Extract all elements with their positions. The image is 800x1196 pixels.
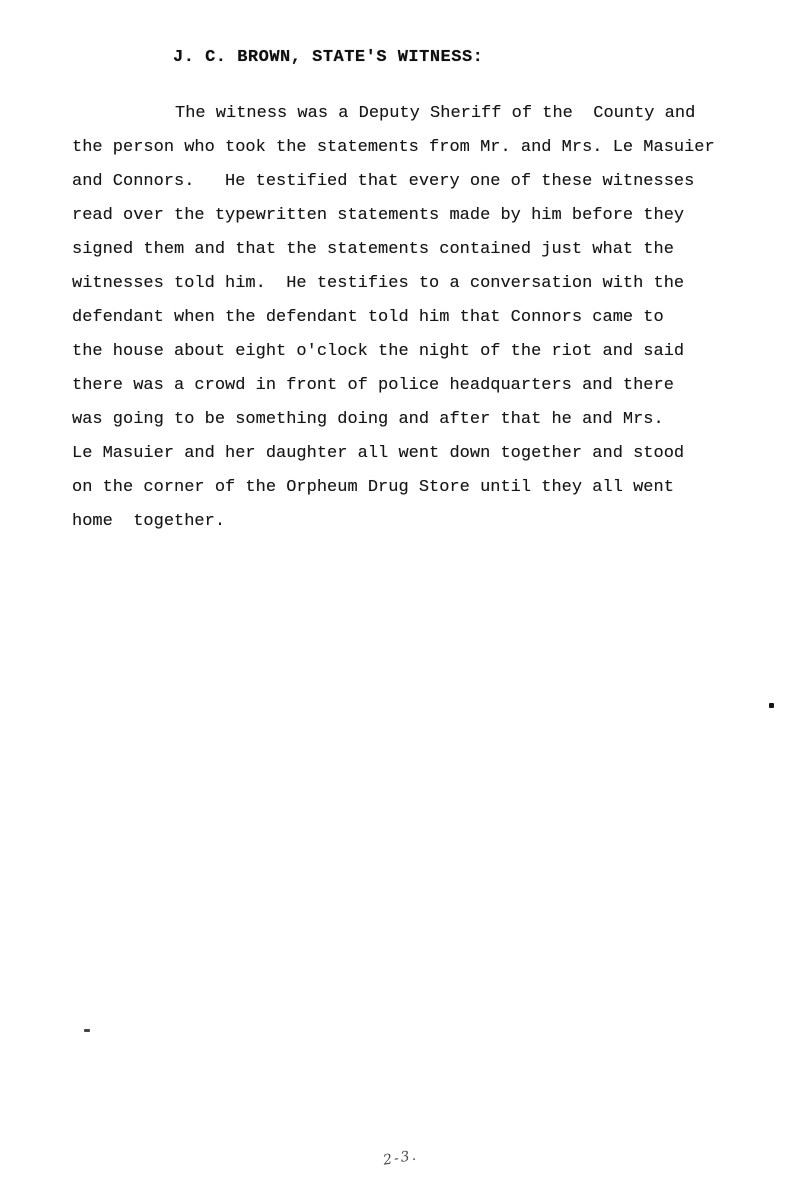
document-body: The witness was a Deputy Sheriff of the …	[72, 97, 752, 539]
ink-speck	[84, 1029, 90, 1032]
document-heading: J. C. BROWN, STATE'S WITNESS:	[173, 48, 483, 67]
handwritten-page-number: 2-3.	[382, 1147, 419, 1168]
ink-speck	[769, 703, 774, 708]
document-page: J. C. BROWN, STATE'S WITNESS: The witnes…	[0, 0, 800, 1196]
text-line: the house about eight o'clock the night …	[72, 335, 752, 369]
text-line: witnesses told him. He testifies to a co…	[72, 267, 752, 301]
text-line: defendant when the defendant told him th…	[72, 301, 752, 335]
text-line: Le Masuier and her daughter all went dow…	[72, 437, 752, 471]
text-line: and Connors. He testified that every one…	[72, 165, 752, 199]
text-line: there was a crowd in front of police hea…	[72, 369, 752, 403]
text-line: signed them and that the statements cont…	[72, 233, 752, 267]
text-line: The witness was a Deputy Sheriff of the …	[72, 97, 752, 131]
text-line: was going to be something doing and afte…	[72, 403, 752, 437]
text-line: the person who took the statements from …	[72, 131, 752, 165]
text-line: home together.	[72, 505, 752, 539]
text-line: read over the typewritten statements mad…	[72, 199, 752, 233]
text-line: on the corner of the Orpheum Drug Store …	[72, 471, 752, 505]
